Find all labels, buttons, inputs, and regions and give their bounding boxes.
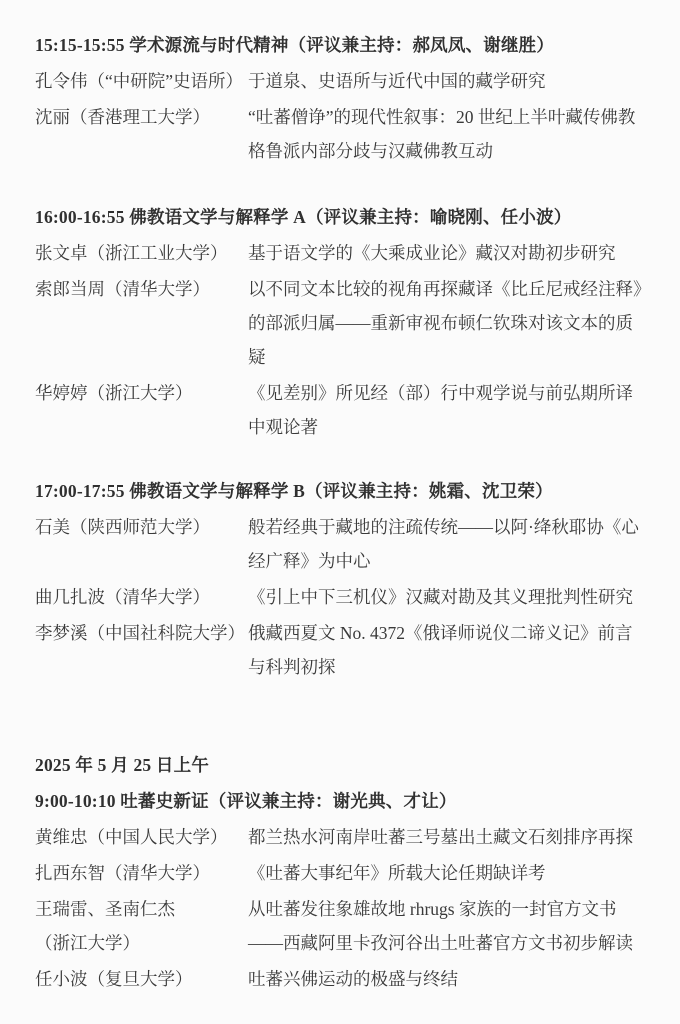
presentation-title: 《见差别》所见经（部）行中观学说与前弘期所译中观论著 (248, 376, 648, 444)
speaker-name: 黄维忠（中国人民大学） (35, 820, 248, 854)
presentation-row: 扎西东智（清华大学） 《吐蕃大事纪年》所载大论任期缺详考 (35, 856, 648, 890)
presentation-row: 曲几扎波（清华大学） 《引上中下三机仪》汉藏对勘及其义理批判性研究 (35, 580, 648, 614)
speaker-name: 曲几扎波（清华大学） (35, 580, 248, 614)
speaker-text: 张文卓（浙江工业大学） (35, 243, 228, 263)
presentation-title: “吐蕃僧诤”的现代性叙事：20 世纪上半叶藏传佛教格鲁派内部分歧与汉藏佛教互动 (248, 100, 648, 168)
presentation-row: 索郎当周（清华大学） 以不同文本比较的视角再探藏译《比丘尼戒经注释》的部派归属—… (35, 272, 648, 374)
presentation-title: 都兰热水河南岸吐蕃三号墓出土藏文石刻排序再探 (248, 820, 648, 854)
presentation-row: 孔令伟（“中研院”史语所） 于道泉、史语所与近代中国的藏学研究 (35, 64, 648, 98)
speaker-name: 王瑞雷、圣南仁杰（浙江大学） (35, 892, 248, 960)
presentation-row: 华婷婷（浙江大学） 《见差别》所见经（部）行中观学说与前弘期所译中观论著 (35, 376, 648, 444)
session-block-1515: 15:15-15:55 学术源流与时代精神（评议兼主持：郝凤凤、谢继胜） 孔令伟… (35, 28, 648, 168)
presentation-title: 般若经典于藏地的注疏传统——以阿·绛秋耶协《心经广释》为中心 (248, 510, 648, 578)
speaker-text: 黄维忠（中国人民大学） (35, 827, 228, 847)
presentation-row: 石美（陕西师范大学） 般若经典于藏地的注疏传统——以阿·绛秋耶协《心经广释》为中… (35, 510, 648, 578)
session-block-1700: 17:00-17:55 佛教语文学与解释学 B（评议兼主持：姚霜、沈卫荣） 石美… (35, 474, 648, 684)
speaker-text: 王瑞雷、圣南仁杰 (35, 899, 175, 919)
speaker-text: 华婷婷（浙江大学） (35, 383, 193, 403)
session-block-0900: 9:00-10:10 吐蕃史新证（评议兼主持：谢光典、才让） 黄维忠（中国人民大… (35, 784, 648, 996)
presentation-title: 《吐蕃大事纪年》所载大论任期缺详考 (248, 856, 648, 890)
session-header: 15:15-15:55 学术源流与时代精神（评议兼主持：郝凤凤、谢继胜） (35, 28, 648, 62)
speaker-text: 李梦溪（中国社科院大学） (35, 623, 245, 643)
date-heading: 2025 年 5 月 25 日上午 (35, 748, 648, 782)
presentation-title: 俄藏西夏文 No. 4372《俄译师说仪二谛义记》前言与科判初探 (248, 616, 648, 684)
speaker-text: 扎西东智（清华大学） (35, 863, 210, 883)
speaker-text: 石美（陕西师范大学） (35, 517, 210, 537)
speaker-text: 沈丽（香港理工大学） (35, 107, 210, 127)
conference-schedule-page: 15:15-15:55 学术源流与时代精神（评议兼主持：郝凤凤、谢继胜） 孔令伟… (0, 0, 680, 996)
speaker-name: 扎西东智（清华大学） (35, 856, 248, 890)
date-block: 2025 年 5 月 25 日上午 (35, 748, 648, 782)
presentation-title: 《引上中下三机仪》汉藏对勘及其义理批判性研究 (248, 580, 648, 614)
presentation-title: 吐蕃兴佛运动的极盛与终结 (248, 962, 648, 996)
speaker-text: 孔令伟（“中研院”史语所） (35, 71, 243, 91)
session-block-1600: 16:00-16:55 佛教语文学与解释学 A（评议兼主持：喻晓刚、任小波） 张… (35, 200, 648, 444)
presentation-row: 任小波（复旦大学） 吐蕃兴佛运动的极盛与终结 (35, 962, 648, 996)
presentation-row: 张文卓（浙江工业大学） 基于语文学的《大乘成业论》藏汉对勘初步研究 (35, 236, 648, 270)
session-header: 17:00-17:55 佛教语文学与解释学 B（评议兼主持：姚霜、沈卫荣） (35, 474, 648, 508)
speaker-name: 石美（陕西师范大学） (35, 510, 248, 578)
presentation-title: 于道泉、史语所与近代中国的藏学研究 (248, 64, 648, 98)
speaker-affiliation-line2: （浙江大学） (35, 926, 248, 960)
presentation-title: 基于语文学的《大乘成业论》藏汉对勘初步研究 (248, 236, 648, 270)
speaker-name: 张文卓（浙江工业大学） (35, 236, 248, 270)
presentation-row: 王瑞雷、圣南仁杰（浙江大学） 从吐蕃发往象雄故地 rhrugs 家族的一封官方文… (35, 892, 648, 960)
presentation-title: 以不同文本比较的视角再探藏译《比丘尼戒经注释》的部派归属——重新审视布顿仁钦珠对… (248, 272, 648, 374)
speaker-name: 索郎当周（清华大学） (35, 272, 248, 374)
speaker-name: 孔令伟（“中研院”史语所） (35, 64, 248, 98)
speaker-text: 任小波（复旦大学） (35, 969, 193, 989)
presentation-row: 李梦溪（中国社科院大学） 俄藏西夏文 No. 4372《俄译师说仪二谛义记》前言… (35, 616, 648, 684)
session-header: 9:00-10:10 吐蕃史新证（评议兼主持：谢光典、才让） (35, 784, 648, 818)
presentation-row: 黄维忠（中国人民大学） 都兰热水河南岸吐蕃三号墓出土藏文石刻排序再探 (35, 820, 648, 854)
speaker-text: 索郎当周（清华大学） (35, 279, 210, 299)
session-header: 16:00-16:55 佛教语文学与解释学 A（评议兼主持：喻晓刚、任小波） (35, 200, 648, 234)
speaker-name: 任小波（复旦大学） (35, 962, 248, 996)
speaker-name: 李梦溪（中国社科院大学） (35, 616, 248, 684)
presentation-row: 沈丽（香港理工大学） “吐蕃僧诤”的现代性叙事：20 世纪上半叶藏传佛教格鲁派内… (35, 100, 648, 168)
speaker-name: 华婷婷（浙江大学） (35, 376, 248, 444)
presentation-title: 从吐蕃发往象雄故地 rhrugs 家族的一封官方文书——西藏阿里卡孜河谷出土吐蕃… (248, 892, 648, 960)
speaker-name: 沈丽（香港理工大学） (35, 100, 248, 168)
speaker-text: 曲几扎波（清华大学） (35, 587, 210, 607)
